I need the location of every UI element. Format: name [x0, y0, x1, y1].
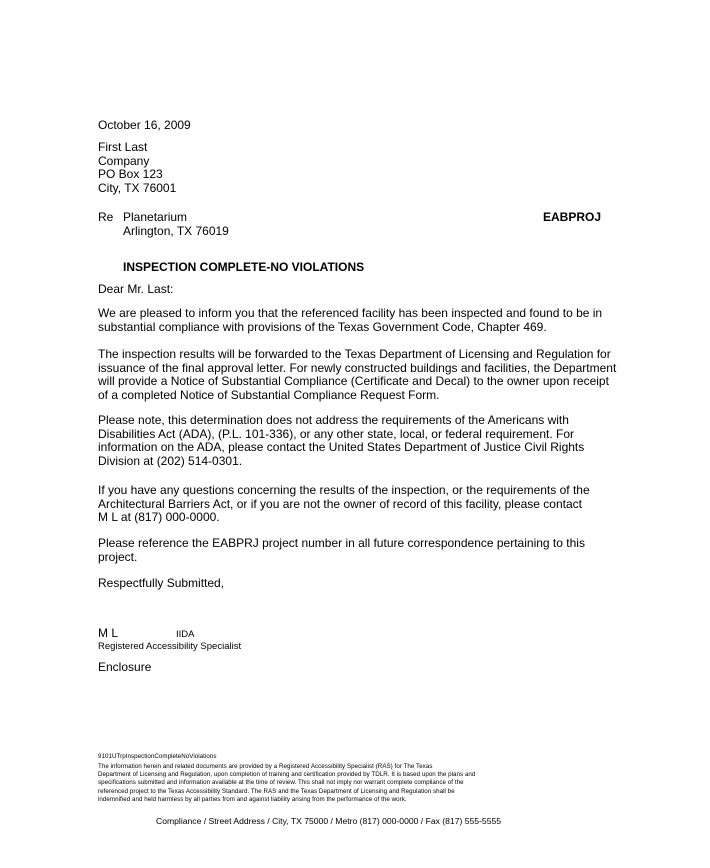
signer-credential: IIDA [176, 629, 194, 640]
paragraph-line: substantial compliance with provisions o… [98, 321, 618, 335]
recipient-city: City, TX 76001 [98, 182, 176, 196]
recipient-name: First Last [98, 141, 176, 155]
paragraph-line: information on the ADA, please contact t… [98, 441, 618, 455]
paragraph-line: project. [98, 551, 618, 565]
re-location: Arlington, TX 76019 [123, 225, 229, 239]
re-block: Planetarium Arlington, TX 76019 [123, 211, 229, 238]
paragraph-line: M L at (817) 000-0000. [98, 511, 618, 525]
recipient-address: First Last Company PO Box 123 City, TX 7… [98, 141, 176, 195]
paragraph-5: Please reference the EABPRJ project numb… [98, 537, 618, 564]
paragraph-line: will provide a Notice of Substantial Com… [98, 375, 618, 389]
salutation: Dear Mr. Last: [98, 283, 173, 297]
paragraph-line: Division at (202) 514-0301. [98, 455, 618, 469]
re-label: Re [98, 211, 113, 225]
paragraph-line: If you have any questions concerning the… [98, 484, 618, 498]
re-facility: Planetarium [123, 211, 229, 225]
paragraph-line: Architectural Barriers Act, or if you ar… [98, 498, 618, 512]
subject-line: INSPECTION COMPLETE-NO VIOLATIONS [123, 261, 364, 275]
paragraph-3: Please note, this determination does not… [98, 414, 618, 468]
paragraph-line: issuance of the final approval letter. F… [98, 362, 618, 376]
document-id: 9101UTrpInspectionCompleteNoViolations [98, 753, 217, 761]
paragraph-1: We are pleased to inform you that the re… [98, 307, 618, 334]
disclaimer-line: indemnified and held harmless by all par… [98, 796, 598, 804]
project-code: EABPROJ [543, 211, 601, 225]
paragraph-line: Disabilities Act (ADA), (P.L. 101-336), … [98, 428, 618, 442]
paragraph-line: of a completed Notice of Substantial Com… [98, 389, 618, 403]
disclaimer-line: specifications submitted and information… [98, 779, 598, 787]
paragraph-line: Please reference the EABPRJ project numb… [98, 537, 618, 551]
recipient-street: PO Box 123 [98, 168, 176, 182]
signer-title: Registered Accessibility Specialist [98, 641, 241, 652]
recipient-company: Company [98, 155, 176, 169]
paragraph-2: The inspection results will be forwarded… [98, 348, 618, 402]
paragraph-line: Please note, this determination does not… [98, 414, 618, 428]
disclaimer-line: Department of Licensing and Regulation, … [98, 771, 598, 779]
paragraph-4: If you have any questions concerning the… [98, 484, 618, 525]
disclaimer-line: The information herein and related docum… [98, 763, 598, 771]
letter-date: October 16, 2009 [98, 119, 191, 133]
closing: Respectfully Submitted, [98, 577, 224, 591]
paragraph-line: We are pleased to inform you that the re… [98, 307, 618, 321]
disclaimer-line: referenced project to the Texas Accessib… [98, 788, 598, 796]
disclaimer: The information herein and related docum… [98, 763, 598, 804]
footer-contact-line: Compliance / Street Address / City, TX 7… [156, 816, 501, 826]
signer-name: M L [98, 627, 118, 641]
paragraph-line: The inspection results will be forwarded… [98, 348, 618, 362]
enclosure-note: Enclosure [98, 661, 151, 675]
